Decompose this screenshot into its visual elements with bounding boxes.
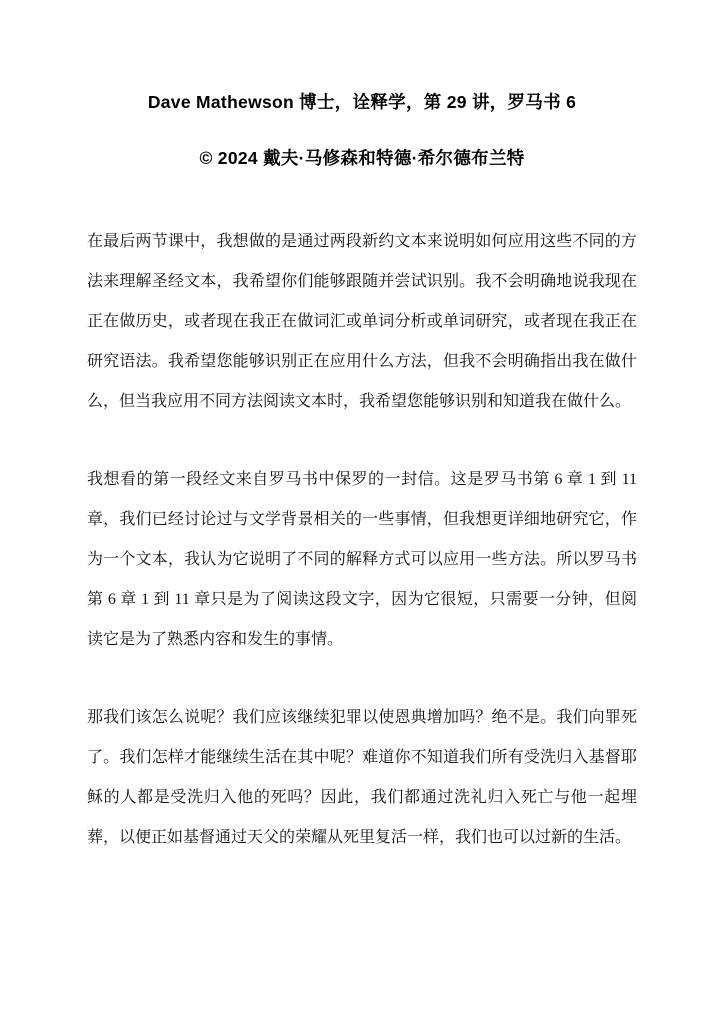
document-header: Dave Mathewson 博士，诠释学，第 29 讲，罗马书 6 © 202… <box>87 90 637 170</box>
paragraph-romans-quote: 那我们该怎么说呢？我们应该继续犯罪以使恩典增加吗？绝不是。我们向罪死了。我们怎样… <box>87 698 637 858</box>
copyright-line: © 2024 戴夫·马修森和特德·希尔德布兰特 <box>87 146 637 170</box>
document-page: Dave Mathewson 博士，诠释学，第 29 讲，罗马书 6 © 202… <box>0 0 724 1024</box>
paragraph-romans-passage: 我想看的第一段经文来自罗马书中保罗的一封信。这是罗马书第 6 章 1 到 11 … <box>87 460 637 660</box>
document-title: Dave Mathewson 博士，诠释学，第 29 讲，罗马书 6 <box>87 90 637 114</box>
document-body: 在最后两节课中，我想做的是通过两段新约文本来说明如何应用这些不同的方法来理解圣经… <box>87 222 637 858</box>
paragraph-intro-methods: 在最后两节课中，我想做的是通过两段新约文本来说明如何应用这些不同的方法来理解圣经… <box>87 222 637 422</box>
